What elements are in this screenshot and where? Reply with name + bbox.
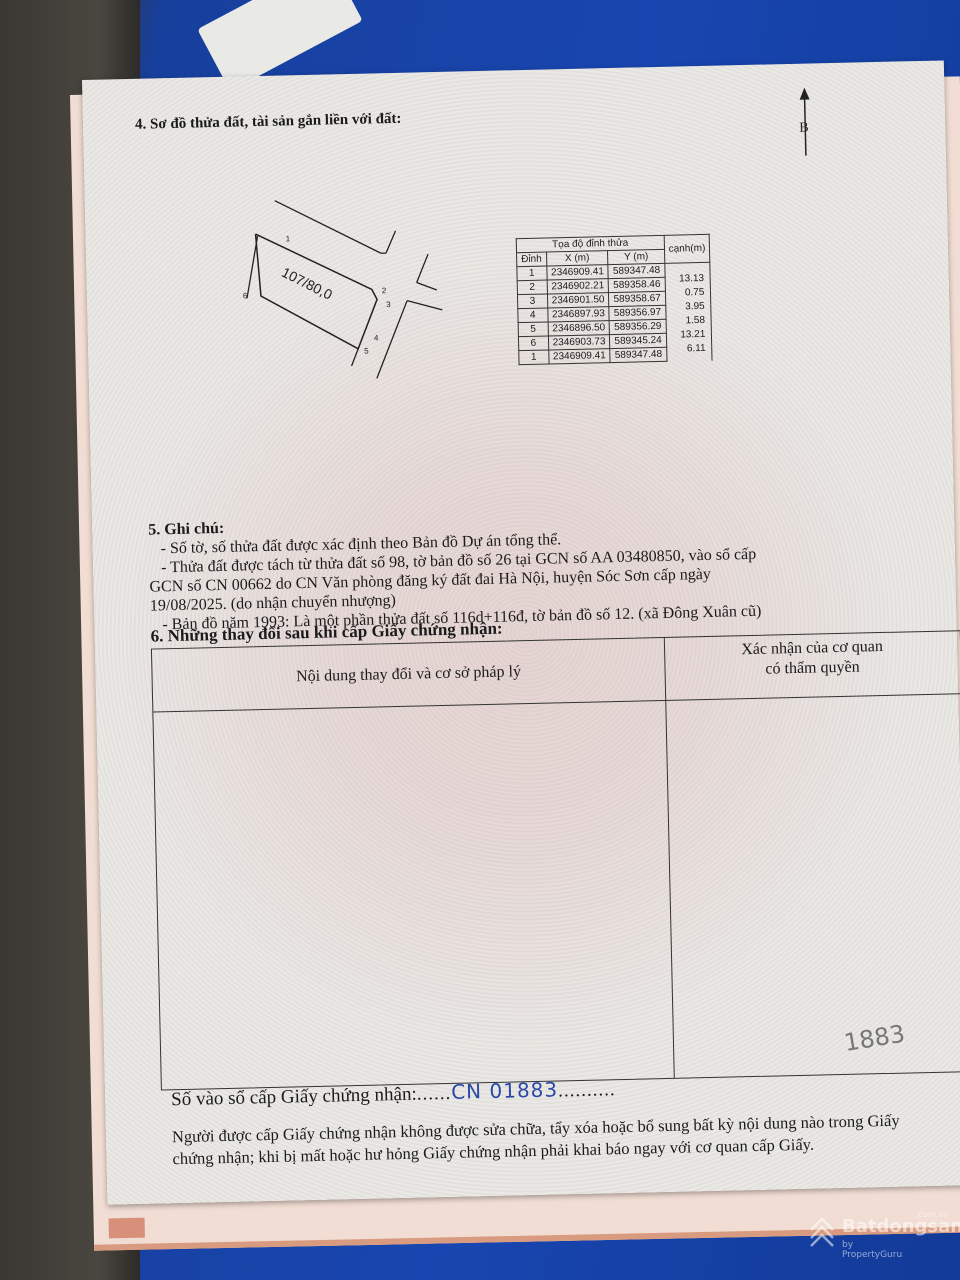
notes-section: 5. Ghi chú: - Số tờ, số thửa đất được xá… bbox=[148, 505, 850, 635]
svg-text:B: B bbox=[799, 121, 809, 136]
vertex-cell: 6 bbox=[518, 336, 548, 351]
x-cell: 2346896.50 bbox=[548, 321, 610, 336]
svg-text:2: 2 bbox=[382, 286, 387, 295]
trailing-dots: .......... bbox=[558, 1079, 616, 1101]
x-cell: 2346903.73 bbox=[548, 335, 610, 350]
changes-content-column bbox=[152, 638, 675, 1090]
svg-text:1: 1 bbox=[286, 234, 291, 243]
authority-confirmation-header: Xác nhận của cơ quan có thẩm quyền bbox=[664, 635, 960, 682]
edge-cell: 1.58 bbox=[666, 313, 712, 328]
vertex-cell: 4 bbox=[518, 308, 548, 323]
vertex-cell: 1 bbox=[517, 266, 547, 281]
y-cell: 589356.29 bbox=[610, 319, 667, 334]
y-cell: 589347.48 bbox=[608, 263, 665, 278]
y-cell: 589358.46 bbox=[609, 277, 666, 292]
certificate-page: 4. Sơ đồ thửa đất, tài sản gắn liền với … bbox=[82, 60, 960, 1204]
edge-cell: 13.21 bbox=[666, 327, 712, 342]
x-cell: 2346909.41 bbox=[548, 349, 610, 364]
vertex-cell: 1 bbox=[519, 350, 549, 365]
x-cell: 2346901.50 bbox=[547, 293, 609, 308]
watermark-byline: by PropertyGuru bbox=[842, 1240, 902, 1260]
y-cell: 589358.67 bbox=[609, 291, 666, 306]
svg-text:4: 4 bbox=[374, 333, 379, 342]
edge-cell: 13.13 bbox=[665, 271, 711, 286]
vertex-cell: 5 bbox=[518, 322, 548, 337]
x-cell: 2346897.93 bbox=[547, 307, 609, 322]
edge-length-header: cạnh(m) bbox=[664, 234, 710, 263]
y-cell: 589345.24 bbox=[610, 333, 667, 348]
vertex-coordinate-table: Tọa độ đỉnh thửa cạnh(m) Đỉnh X (m) Y (m… bbox=[516, 234, 713, 365]
edge-cell: 3.95 bbox=[665, 299, 711, 314]
x-cell: 2346902.21 bbox=[547, 279, 609, 294]
svg-text:3: 3 bbox=[386, 300, 391, 309]
y-cell: 589347.48 bbox=[610, 347, 667, 362]
vertex-header: Đỉnh bbox=[517, 252, 547, 267]
watermark-brand: Batdongsan bbox=[842, 1216, 960, 1237]
changes-table: Nội dung thay đổi và cơ sở pháp lý Xác n… bbox=[151, 630, 960, 1090]
svg-text:107/80,0: 107/80,0 bbox=[279, 264, 335, 303]
registration-label: Số vào sổ cấp Giấy chứng nhận: bbox=[171, 1084, 417, 1111]
leader-dots: ...... bbox=[416, 1083, 451, 1105]
svg-text:6: 6 bbox=[243, 291, 248, 300]
north-arrow-icon: B bbox=[794, 87, 816, 157]
registration-number-handwritten: CN 01883 bbox=[451, 1077, 558, 1103]
x-header: X (m) bbox=[546, 251, 608, 266]
y-cell: 589356.97 bbox=[609, 305, 666, 320]
vertex-cell: 2 bbox=[517, 280, 547, 295]
edge-cell: 6.11 bbox=[666, 341, 712, 356]
vertex-cell: 3 bbox=[517, 294, 547, 309]
edge-cell: 0.75 bbox=[665, 285, 711, 300]
parcel-sketch: 107/80,0 1 2 3 4 5 6 bbox=[235, 191, 499, 387]
sheet-emblem-mark bbox=[109, 1218, 145, 1239]
batdongsan-logo-icon bbox=[808, 1214, 836, 1250]
y-header: Y (m) bbox=[608, 249, 665, 264]
section4-title: 4. Sơ đồ thửa đất, tài sản gắn liền với … bbox=[135, 111, 402, 134]
x-cell: 2346909.41 bbox=[546, 265, 608, 280]
svg-text:5: 5 bbox=[364, 347, 369, 356]
warning-notice: Người được cấp Giấy chứng nhận không đượ… bbox=[172, 1109, 943, 1170]
